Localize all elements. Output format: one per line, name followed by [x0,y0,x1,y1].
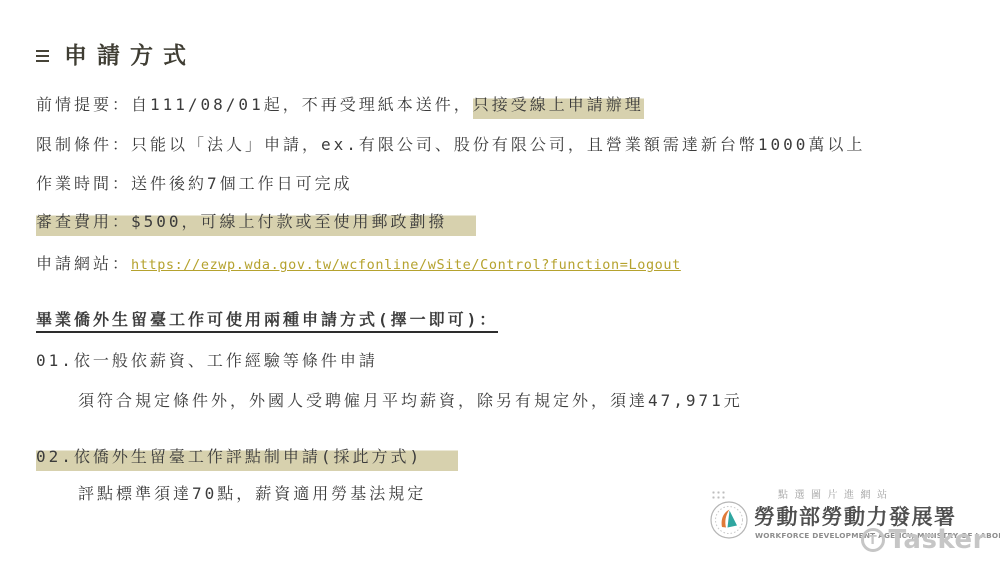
tasker-icon: T [861,528,885,552]
section-heading: 畢業僑外生留臺工作可使用兩種申請方式(擇一即可)： [36,309,498,331]
line-website: 申請網站：https://ezwp.wda.gov.tw/wcfonline/w… [36,253,681,276]
page-title: 申請方式 [64,37,196,70]
line-option2: 02.依僑外生留臺工作評點制申請(採此方式) [36,446,458,468]
slide: 申請方式 前情提要：自111/08/01起，不再受理紙本送件，只接受線上申請辦理… [0,0,1000,562]
option2-highlight: 02.依僑外生留臺工作評點制申請(採此方式) [36,447,458,471]
website-label: 申請網站： [36,254,131,273]
review-fee-highlight: 審查費用：$500，可線上付款或至使用郵政劃撥 [36,212,476,236]
line-restriction: 限制條件：只能以「法人」申請，ex.有限公司、股份有限公司，且營業額需達新台幣1… [36,134,865,156]
line-option1-detail: 須符合規定條件外，外國人受聘僱月平均薪資，除另有規定外，須達47,971元 [78,390,743,412]
intro-text: 前情提要：自111/08/01起，不再受理紙本送件， [36,95,473,114]
wda-logo[interactable] [710,501,748,543]
line-intro: 前情提要：自111/08/01起，不再受理紙本送件，只接受線上申請辦理 [36,94,644,116]
logo-hint-text: 點選圖片進網站 [778,486,894,501]
wda-logo-emblem [710,501,748,539]
line-review-fee: 審查費用：$500，可線上付款或至使用郵政劃撥 [36,211,476,233]
hamburger-icon [36,50,49,62]
intro-highlight: 只接受線上申請辦理 [473,95,644,119]
section-heading-text: 畢業僑外生留臺工作可使用兩種申請方式(擇一即可)： [36,310,498,333]
title-row: 申請方式 [36,37,196,70]
website-link[interactable]: https://ezwp.wda.gov.tw/wcfonline/wSite/… [131,257,681,273]
dots-decoration [711,490,727,501]
line-option2-detail: 評點標準須達70點，薪資適用勞基法規定 [78,483,426,505]
line-option1: 01.依一般依薪資、工作經驗等條件申請 [36,350,378,372]
line-processing-time: 作業時間：送件後約7個工作日可完成 [36,173,353,195]
tasker-text: Tasker [889,525,986,555]
tasker-watermark: T Tasker [861,525,986,555]
